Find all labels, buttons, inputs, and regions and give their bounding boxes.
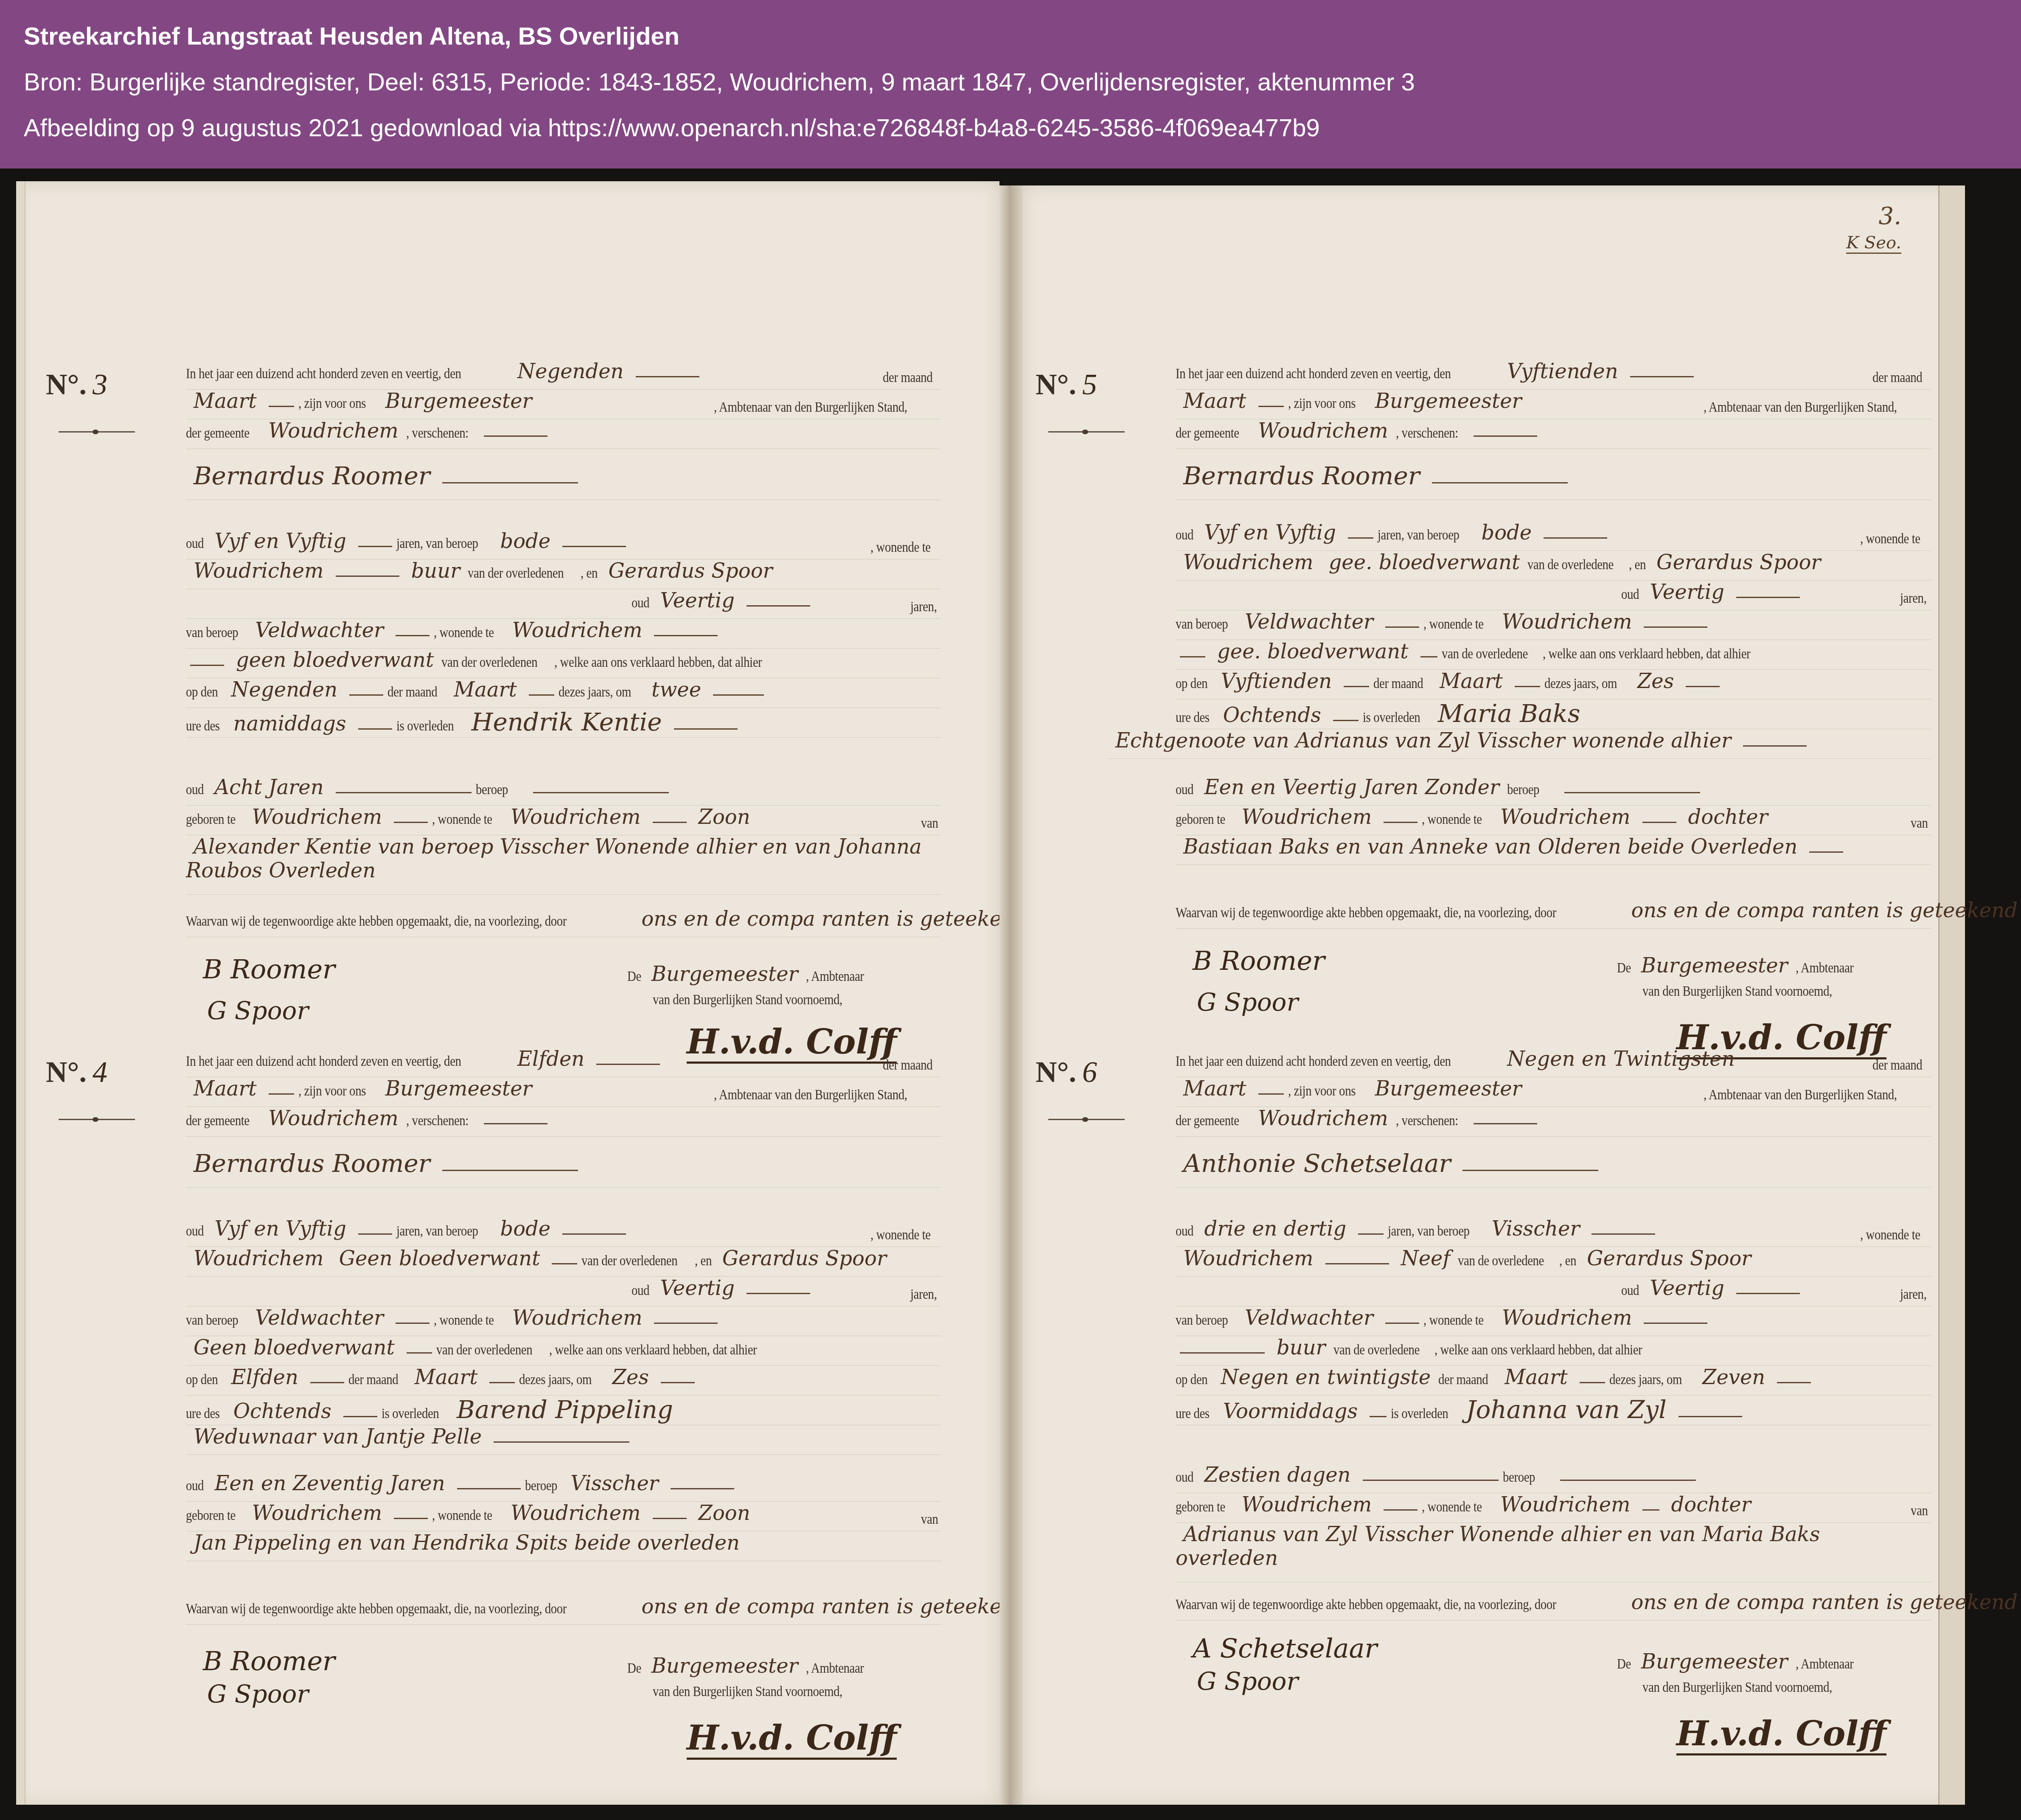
fill-line — [1462, 1170, 1598, 1171]
ornament-divider — [1048, 430, 1125, 434]
printed-form-text: , verschenen: — [406, 425, 469, 441]
handwritten-value: bode — [500, 1217, 550, 1241]
form-line: op denNegen en twintigsteder maandMaartd… — [1176, 1365, 1931, 1396]
printed-form-text: van den Burgerlijken Stand voornoemd, — [653, 1684, 842, 1700]
fill-line — [336, 576, 399, 577]
fill-line — [442, 1170, 578, 1171]
death-record-entry: N°.3 In het jaar een duizend acht honder… — [33, 360, 958, 1030]
handwritten-value: Elfden — [231, 1365, 298, 1389]
signature-informant-2: G Spoor — [1197, 988, 1298, 1017]
fill-line — [190, 665, 224, 666]
official-signature-label: van den Burgerlijken Stand voornoemd, — [653, 992, 876, 1008]
form-line: Bastiaan Baks en van Anneke van Olderen … — [1176, 835, 1931, 865]
form-line: In het jaar een duizend acht honderd zev… — [1176, 1047, 1931, 1077]
ornament-divider — [1048, 1117, 1125, 1121]
printed-form-text: oud — [1621, 1283, 1639, 1299]
form-line: op denVyftiendender maandMaartdezes jaar… — [1176, 669, 1931, 699]
fill-line — [1370, 1416, 1387, 1417]
handwritten-value: Veldwachter — [255, 618, 384, 642]
printed-form-text: Waarvan wij de tegenwoordige akte hebben… — [1176, 905, 1556, 921]
printed-form-text: der maand — [1872, 1057, 1922, 1073]
printed-form-text: van — [921, 1511, 938, 1528]
handwritten-value: Negen en twintigste — [1221, 1365, 1431, 1389]
handwritten-value: Vyf en Vyftig — [215, 1217, 346, 1241]
mayor-signature: H.v.d. Colff — [687, 1718, 897, 1760]
printed-form-text: jaren, — [910, 599, 937, 615]
printed-form-text: , wonende te — [1423, 616, 1484, 632]
form-line: oudZestien dagenberoep — [1176, 1463, 1931, 1493]
printed-form-text: jaren, — [910, 1286, 937, 1303]
form-line: der gemeenteWoudrichem, verschenen: — [186, 419, 941, 449]
printed-form-text: jaren, — [1900, 590, 1926, 607]
folio-annotation: K Seo. — [1846, 233, 1901, 254]
ornament-divider — [59, 1117, 135, 1121]
form-line: geen bloedverwantvan der overledenen, we… — [186, 648, 941, 678]
handwritten-value: Burgemeester — [1375, 1077, 1522, 1101]
form-line: Anthonie Schetselaar — [1176, 1149, 1931, 1188]
printed-form-text: , Ambtenaar van den Burgerlijken Stand, — [714, 399, 907, 416]
printed-form-text: , wonende te — [1860, 1227, 1920, 1243]
official-signature-label: van den Burgerlijken Stand voornoemd, — [653, 1684, 876, 1700]
form-line: op denElfdender maandMaartdezes jaars, o… — [186, 1365, 941, 1396]
parents-text: Bastiaan Baks en van Anneke van Olderen … — [1183, 835, 1797, 859]
register-book-scan: N°.3 In het jaar een duizend acht honder… — [0, 169, 2021, 1820]
handwritten-value: ons en de compa ranten is geteekend — [1631, 1590, 2018, 1614]
official-signature-label: DeBurgemeester, Ambtenaar — [627, 962, 874, 986]
element: 6 — [1082, 1056, 1097, 1089]
fill-line — [484, 435, 547, 437]
folio-number: 3. — [1879, 202, 1901, 230]
handwritten-value: geen bloedverwant — [236, 648, 434, 672]
record-number: N°.4 — [46, 1056, 107, 1090]
handwritten-value: Woudrichem — [512, 618, 643, 642]
handwritten-value: Veldwachter — [1245, 1306, 1373, 1330]
printed-form-text: oud — [186, 1478, 204, 1494]
printed-form-text: jaren, van beroep — [1388, 1223, 1470, 1239]
printed-form-text: der maand — [387, 684, 437, 700]
parents-text: Adrianus van Zyl Visscher Wonende alhier… — [1176, 1522, 1820, 1570]
handwritten-value: Zoon — [699, 805, 750, 829]
signature-informant-2: G Spoor — [207, 1680, 309, 1708]
form-line: oudVeertigjaren, — [186, 589, 941, 619]
form-line: oudVeertigjaren, — [1176, 580, 1931, 610]
form-line: Waarvan wij de tegenwoordige akte hebben… — [186, 1595, 941, 1625]
form-line: op denNegendender maandMaartdezes jaars,… — [186, 678, 941, 708]
printed-form-text: geboren te — [186, 812, 236, 828]
handwritten-value: buur — [411, 559, 460, 583]
deceased-name: Maria Baks — [1438, 699, 1580, 728]
form-line: WoudrichemGeen bloedverwantvan der overl… — [186, 1247, 941, 1277]
fill-line — [1809, 851, 1843, 853]
element: 4 — [93, 1056, 107, 1089]
printed-form-text: , welke aan ons verklaard hebben, dat al… — [1543, 646, 1750, 662]
left-page: N°.3 In het jaar een duizend acht honder… — [16, 181, 999, 1805]
printed-form-text: beroep — [1507, 782, 1539, 798]
printed-form-text: , Ambtenaar van den Burgerlijken Stand, — [714, 1087, 907, 1103]
day-value: Negenden — [517, 360, 624, 383]
handwritten-value: Veertig — [1650, 1276, 1724, 1300]
printed-form-text: , en — [695, 1253, 712, 1269]
handwritten-value: Woudrichem — [268, 419, 399, 443]
form-line: Weduwnaar van Jantje Pelle — [186, 1425, 941, 1455]
official-signature-label: van den Burgerlijken Stand voornoemd, — [1642, 1680, 1866, 1696]
official-signature-label: van den Burgerlijken Stand voornoemd, — [1642, 983, 1866, 1000]
printed-form-text: In het jaar een duizend acht honderd zev… — [186, 1053, 461, 1070]
handwritten-value: Negen en Twintigsten — [1507, 1047, 1735, 1071]
fill-line — [1420, 656, 1437, 657]
handwritten-value: Zoon — [699, 1501, 750, 1525]
signature-informant-2: G Spoor — [1197, 1667, 1298, 1696]
handwritten-value: Maart — [1440, 669, 1503, 693]
form-line: van beroepVeldwachter, wonende teWoudric… — [186, 1306, 941, 1336]
form-line: Adrianus van Zyl Visscher Wonende alhier… — [1176, 1522, 1931, 1582]
fill-line — [1544, 537, 1607, 539]
printed-form-text: der gemeente — [186, 425, 250, 441]
page-edge — [16, 181, 25, 1805]
printed-form-text: Waarvan wij de tegenwoordige akte hebben… — [1176, 1597, 1556, 1613]
handwritten-value: Vyf en Vyftig — [1204, 521, 1336, 545]
printed-form-text: der maand — [1373, 676, 1423, 692]
handwritten-value: Zeven — [1702, 1365, 1765, 1389]
fill-line — [269, 406, 294, 407]
right-page: 3. K Seo. N°.5 In het jaar een duizend a… — [1023, 185, 1965, 1805]
form-line: van beroepVeldwachter, wonende teWoudric… — [1176, 610, 1931, 640]
record-number: N°.6 — [1036, 1056, 1097, 1090]
printed-form-text: oud — [1176, 527, 1193, 543]
handwritten-value: Woudrichem — [268, 1107, 399, 1130]
printed-form-text: van — [1911, 815, 1928, 831]
fill-line — [1344, 686, 1369, 687]
printed-form-text: der maand — [883, 370, 932, 386]
record-number: N°.3 — [46, 368, 107, 402]
handwritten-value: Woudrichem — [511, 805, 641, 829]
fill-line — [1644, 1323, 1707, 1324]
fill-line — [654, 635, 718, 636]
fill-line — [713, 694, 764, 696]
official-signature-label: DeBurgemeester, Ambtenaar — [1617, 954, 1864, 977]
printed-form-text: , verschenen: — [406, 1113, 469, 1129]
handwritten-value: Vyftienden — [1507, 360, 1618, 383]
archive-header-banner: Streekarchief Langstraat Heusden Altena,… — [0, 0, 2021, 169]
handwritten-value: Vyftienden — [1221, 669, 1332, 693]
printed-form-text: , wonende te — [432, 1508, 492, 1524]
printed-form-text: beroep — [1503, 1469, 1535, 1486]
printed-form-text: der maand — [348, 1372, 398, 1388]
printed-form-text: , en — [581, 565, 598, 581]
form-line: Alexander Kentie van beroep Visscher Won… — [186, 835, 941, 895]
signature-informant-1: A Schetselaar — [1193, 1633, 1377, 1664]
printed-form-text: op den — [186, 1372, 218, 1388]
handwritten-value: Gerardus Spoor — [1587, 1247, 1751, 1270]
printed-form-text: van — [921, 815, 938, 831]
fill-line — [1679, 1416, 1742, 1417]
printed-form-text: van den Burgerlijken Stand voornoemd, — [1642, 983, 1832, 1000]
handwritten-value: Visscher — [570, 1472, 659, 1495]
handwritten-value: ons en de compa ranten is geteekend — [641, 907, 1028, 931]
printed-form-text: oud — [632, 595, 649, 611]
fill-line — [596, 1064, 660, 1065]
handwritten-value: Maart — [415, 1365, 478, 1389]
form-line: geboren teWoudrichem, wonende teWoudrich… — [186, 805, 941, 835]
printed-form-text: der gemeente — [1176, 425, 1239, 441]
printed-form-text: In het jaar een duizend acht honderd zev… — [186, 366, 461, 382]
deceased-name: Johanna van Zyl — [1466, 1395, 1667, 1424]
handwritten-value: Burgemeester — [1641, 954, 1788, 977]
handwritten-value: bode — [1481, 521, 1532, 545]
form-line: der gemeenteWoudrichem, verschenen: — [186, 1107, 941, 1137]
handwritten-value: Maart — [1183, 389, 1246, 413]
source-citation: Bron: Burgerlijke standregister, Deel: 6… — [24, 68, 1415, 96]
printed-form-text: oud — [1621, 587, 1639, 603]
fill-line — [1592, 1233, 1655, 1235]
printed-form-text: van der overledenen — [581, 1253, 677, 1269]
printed-form-text: oud — [1176, 1223, 1193, 1239]
printed-form-text: geboren te — [1176, 1499, 1225, 1515]
fill-line — [1736, 1293, 1800, 1294]
handwritten-value: Veldwachter — [255, 1306, 384, 1330]
parents-text: Alexander Kentie van beroep Visscher Won… — [186, 835, 922, 882]
printed-form-text: oud — [1176, 782, 1193, 798]
form-line: ure desOchtendsis overledenBarend Pippel… — [186, 1395, 941, 1425]
printed-form-text: der maand — [1438, 1372, 1488, 1388]
printed-form-text: van der overledenen — [436, 1342, 532, 1358]
fill-line — [1630, 376, 1694, 377]
printed-form-text: oud — [1176, 1469, 1193, 1486]
fill-line — [1642, 822, 1676, 823]
official-signature-label: DeBurgemeester, Ambtenaar — [1617, 1650, 1864, 1674]
printed-form-text: oud — [186, 782, 204, 798]
printed-form-text: geboren te — [186, 1508, 236, 1524]
printed-form-text: , Ambtenaar — [806, 969, 864, 985]
death-record-entry: N°.4 In het jaar een duizend acht honder… — [33, 1047, 958, 1718]
form-line: Woudrichemgee. bloedverwantvan de overle… — [1176, 550, 1931, 581]
handwritten-value: Woudrichem — [1183, 550, 1314, 574]
handwritten-value: Neef — [1401, 1247, 1451, 1270]
informant-name: Bernardus Roomer — [1183, 461, 1420, 490]
deceased-extra: Weduwnaar van Jantje Pelle — [194, 1425, 482, 1449]
fill-line — [636, 376, 699, 377]
handwritten-value: Woudrichem — [1502, 610, 1632, 634]
fill-line — [407, 1352, 432, 1354]
printed-form-text: ure des — [1176, 710, 1210, 726]
fill-line — [336, 792, 472, 793]
printed-form-text: dezes jaars, om — [559, 684, 631, 700]
form-line: oudVeertigjaren, — [1176, 1276, 1931, 1306]
printed-form-text: , zijn voor ons — [1288, 396, 1356, 412]
fill-line — [1580, 1382, 1605, 1383]
fill-line — [358, 728, 392, 730]
fill-line — [671, 1488, 734, 1489]
fill-line — [1736, 597, 1800, 598]
printed-form-text: , wonende te — [434, 625, 494, 641]
printed-form-text: , en — [1629, 557, 1646, 573]
handwritten-value: Woudrichem — [511, 1501, 641, 1525]
printed-form-text: op den — [1176, 1372, 1207, 1388]
printed-form-text: der maand — [883, 1057, 932, 1073]
official-signature-label: DeBurgemeester, Ambtenaar — [627, 1654, 874, 1678]
form-line: oudEen en Veertig Jaren Zonderberoep — [1176, 775, 1931, 806]
element: N°. — [46, 1056, 87, 1089]
fill-line — [653, 1518, 687, 1519]
printed-form-text: jaren, van beroep — [396, 536, 478, 552]
form-line: ouddrie en dertigjaren, van beroepVissch… — [1176, 1217, 1931, 1247]
printed-form-text: der gemeente — [186, 1113, 250, 1129]
handwritten-value: Woudrichem — [252, 805, 382, 829]
printed-form-text: , zijn voor ons — [298, 1083, 366, 1099]
deceased-extra: Echtgenoote van Adrianus van Zyl Vissche… — [1115, 729, 1731, 753]
fill-line — [1385, 626, 1419, 628]
printed-form-text: jaren, van beroep — [396, 1223, 478, 1239]
handwritten-value: dochter — [1671, 1493, 1751, 1517]
fill-line — [394, 822, 428, 823]
element: N°. — [1036, 368, 1076, 401]
form-line: Echtgenoote van Adrianus van Zyl Vissche… — [1108, 729, 1931, 759]
printed-form-text: van beroep — [186, 625, 238, 641]
form-line: ure desnamiddagsis overledenHendrik Kent… — [186, 708, 941, 738]
printed-form-text: , Ambtenaar — [1796, 960, 1854, 976]
handwritten-value: Negenden — [231, 678, 338, 702]
element: 5 — [1082, 368, 1097, 401]
fill-line — [562, 546, 626, 547]
printed-form-text: van de overledene — [1333, 1342, 1420, 1358]
form-line: der gemeenteWoudrichem, verschenen: — [1176, 419, 1931, 449]
handwritten-value: Een en Veertig Jaren Zonder — [1204, 775, 1499, 799]
fill-line — [489, 1382, 515, 1383]
handwritten-value: gee. bloedverwant — [1217, 640, 1409, 663]
handwritten-value: Burgemeester — [651, 1654, 798, 1678]
form-line: Jan Pippeling en van Hendrika Spits beid… — [186, 1531, 941, 1561]
fill-line — [1325, 1263, 1389, 1264]
handwritten-value: Een en Zeventig Jaren — [215, 1472, 445, 1495]
handwritten-value: ons en de compa ranten is geteekend — [641, 1595, 1028, 1618]
printed-form-text: , verschenen: — [1396, 1113, 1458, 1129]
handwritten-value: Zes — [612, 1365, 649, 1389]
fill-line — [1642, 1509, 1659, 1511]
fill-line — [1180, 1352, 1265, 1354]
handwritten-value: Gerardus Spoor — [608, 559, 772, 583]
printed-form-text: , Ambtenaar — [1796, 1656, 1854, 1672]
printed-form-text: , Ambtenaar van den Burgerlijken Stand, — [1704, 399, 1897, 416]
printed-form-text: dezes jaars, om — [1544, 676, 1617, 692]
form-line: Maart, zijn voor onsBurgemeester, Ambten… — [1176, 1077, 1931, 1107]
form-line: ure desOchtendsis overledenMaria Baks — [1176, 699, 1931, 729]
printed-form-text: der maand — [1872, 370, 1922, 386]
printed-form-text: , zijn voor ons — [1288, 1083, 1356, 1099]
handwritten-value: Zes — [1637, 669, 1674, 693]
fill-line — [1333, 720, 1359, 721]
signature-informant-1: B Roomer — [203, 954, 335, 985]
handwritten-value: Gerardus Spoor — [1656, 550, 1821, 574]
fill-line — [396, 635, 429, 636]
fill-line — [747, 605, 810, 607]
handwritten-value: Geen bloedverwant — [339, 1247, 540, 1270]
deceased-name: Hendrik Kentie — [472, 708, 662, 736]
printed-form-text: , welke aan ons verklaard hebben, dat al… — [554, 654, 762, 671]
printed-form-text: De — [1617, 1656, 1631, 1672]
printed-form-text: , wonende te — [1422, 812, 1482, 828]
printed-form-text: , verschenen: — [1396, 425, 1458, 441]
handwritten-value: Geen bloedverwant — [194, 1336, 395, 1359]
death-record-entry: N°.6 In het jaar een duizend acht honder… — [1023, 1047, 1948, 1718]
element: 3 — [93, 368, 107, 401]
printed-form-text: oud — [186, 1223, 204, 1239]
form-line: oudVyf en Vyftigjaren, van beroepbode, w… — [186, 1217, 941, 1247]
printed-form-text: jaren, — [1900, 1286, 1926, 1303]
fill-line — [654, 1323, 718, 1324]
printed-form-text: is overleden — [396, 718, 454, 734]
form-line: buurvan de overledene, welke aan ons ver… — [1176, 1336, 1931, 1366]
handwritten-value: Woudrichem — [1242, 805, 1372, 829]
printed-form-text: , wonende te — [1860, 531, 1920, 547]
printed-form-text: , wonende te — [1423, 1312, 1484, 1328]
printed-form-text: geboren te — [1176, 812, 1225, 828]
printed-form-text: is overleden — [1391, 1406, 1448, 1422]
handwritten-value: Maart — [194, 1077, 257, 1101]
fill-line — [343, 1416, 377, 1417]
printed-form-text: , Ambtenaar van den Burgerlijken Stand, — [1704, 1087, 1897, 1103]
printed-form-text: , wonende te — [432, 812, 492, 828]
printed-form-text: van beroep — [186, 1312, 238, 1328]
printed-form-text: der gemeente — [1176, 1113, 1239, 1129]
form-line: Bernardus Roomer — [1176, 461, 1931, 500]
mayor-signature: H.v.d. Colff — [1676, 1713, 1886, 1755]
handwritten-value: namiddags — [233, 712, 346, 736]
handwritten-value: Elfden — [517, 1047, 584, 1071]
fill-line — [1385, 1323, 1419, 1324]
form-line: ure desVoormiddagsis overledenJohanna va… — [1176, 1395, 1931, 1425]
printed-form-text: is overleden — [1363, 710, 1420, 726]
printed-form-text: , wonende te — [434, 1312, 494, 1328]
handwritten-value: Acht Jaren — [215, 775, 324, 799]
fill-line — [1560, 1480, 1696, 1481]
printed-form-text: ure des — [186, 718, 220, 734]
printed-form-text: beroep — [525, 1478, 557, 1494]
printed-form-text: jaren, van beroep — [1378, 527, 1460, 543]
handwritten-value: Burgemeester — [385, 389, 532, 413]
fill-line — [1348, 537, 1373, 539]
handwritten-value: Zestien dagen — [1204, 1463, 1351, 1487]
form-line: In het jaar een duizend acht honderd zev… — [1176, 360, 1931, 390]
handwritten-value: Gerardus Spoor — [722, 1247, 887, 1270]
fill-line — [1564, 792, 1700, 793]
fill-line — [349, 694, 383, 696]
printed-form-text: van der overledenen — [441, 654, 537, 671]
printed-form-text: dezes jaars, om — [1609, 1372, 1682, 1388]
fill-line — [394, 1518, 428, 1519]
element: N°. — [46, 368, 87, 401]
form-line: van beroepVeldwachter, wonende teWoudric… — [186, 618, 941, 649]
fill-line — [661, 1382, 695, 1383]
fill-line — [653, 822, 687, 823]
form-line: In het jaar een duizend acht honderd zev… — [186, 360, 941, 390]
record-number: N°.5 — [1036, 368, 1097, 402]
form-line: geboren teWoudrichem, wonende teWoudrich… — [1176, 1493, 1931, 1523]
form-line: der gemeenteWoudrichem, verschenen: — [1176, 1107, 1931, 1137]
fill-line — [457, 1488, 521, 1489]
handwritten-value: Visscher — [1492, 1217, 1580, 1241]
fill-line — [1384, 1509, 1418, 1511]
fill-line — [529, 694, 554, 696]
handwritten-value: bode — [500, 529, 550, 553]
printed-form-text: dezes jaars, om — [519, 1372, 592, 1388]
printed-form-text: In het jaar een duizend acht honderd zev… — [1176, 366, 1451, 382]
fill-line — [269, 1093, 294, 1095]
printed-form-text: van den Burgerlijken Stand voornoemd, — [1642, 1680, 1832, 1696]
handwritten-value: Burgemeester — [1641, 1650, 1788, 1674]
printed-form-text: De — [627, 969, 641, 985]
ornament-divider — [59, 430, 135, 434]
fill-line — [552, 1263, 577, 1264]
